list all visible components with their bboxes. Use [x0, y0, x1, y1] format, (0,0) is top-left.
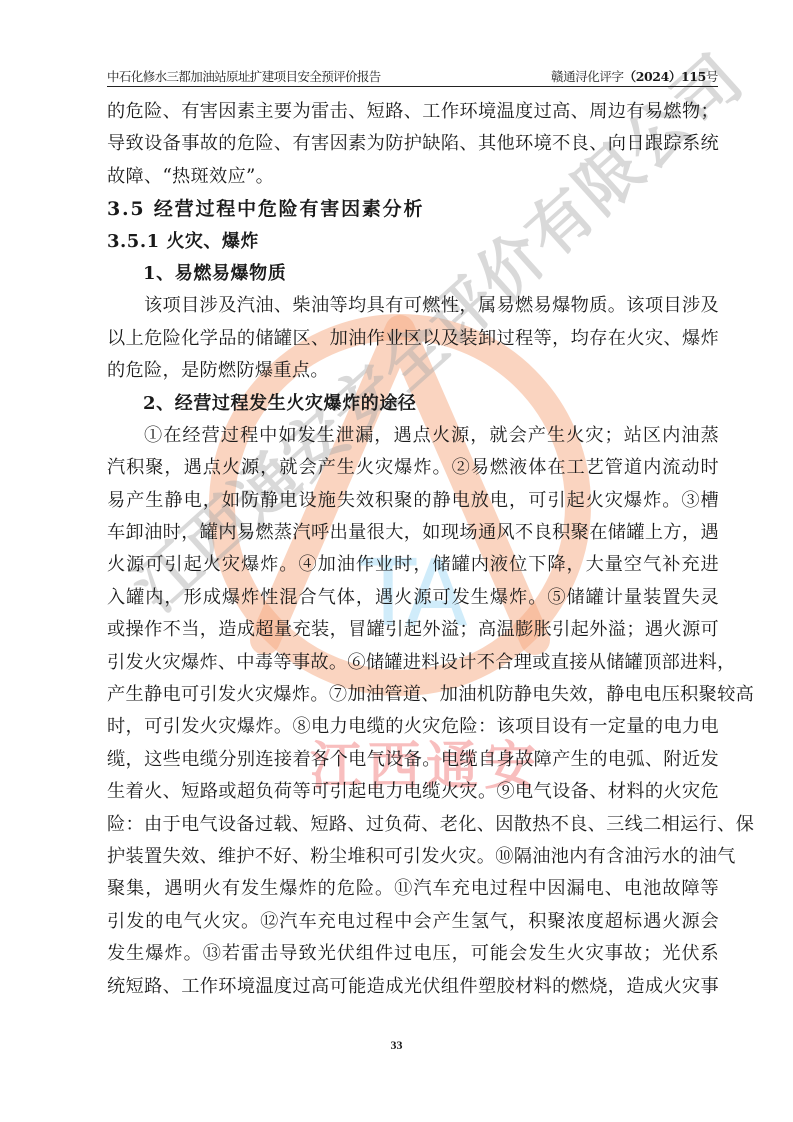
body-text-line: 导致设备事故的危险、有害因素为防护缺陷、其他环境不良、向日跟踪系统: [107, 128, 719, 160]
body-text-line: 的危险，是防燃防爆重点。: [107, 355, 719, 387]
body-text-line: 的危险、有害因素主要为雷击、短路、工作环境温度过高、周边有易燃物；: [107, 96, 719, 128]
body-text-line: 护装置失效、维护不好、粉尘堆积可引发火灾。⑩隔油池内有含油污水的油气: [107, 841, 719, 873]
body-text-line: 汽积聚，遇点火源，就会产生火灾爆炸。②易燃液体在工艺管道内流动时: [107, 452, 719, 484]
body-text-line: 入罐内，形成爆炸性混合气体，遇火源可发生爆炸。⑤储罐计量装置失灵: [107, 582, 719, 614]
body-text-line: 生着火、短路或超负荷等可引起电力电缆火灾。⑨电气设备、材料的火灾危: [107, 776, 719, 808]
document-body: 的危险、有害因素主要为雷击、短路、工作环境温度过高、周边有易燃物；导致设备事故的…: [107, 96, 719, 1003]
body-text-line: 险：由于电气设备过载、短路、过负荷、老化、因散热不良、三线二相运行、保: [107, 809, 719, 841]
body-text-line: 发生爆炸。⑬若雷击导致光伏组件过电压，可能会发生火灾事故；光伏系: [107, 938, 719, 970]
document-page: TA 江西通安安全评价有限公司 江西通安 中石化修水三都加油站原址扩建项目安全预…: [0, 0, 793, 1122]
item-heading: 2、经营过程发生火灾爆炸的途径: [107, 388, 719, 420]
body-text-line: 引发的电气火灾。⑫汽车充电过程中会产生氢气，积聚浓度超标遇火源会: [107, 906, 719, 938]
body-text-line: 火源可引起火灾爆炸。④加油作业时，储罐内液位下降，大量空气补充进: [107, 549, 719, 581]
paragraph-first-line: 该项目涉及汽油、柴油等均具有可燃性，属易燃易爆物质。该项目涉及: [107, 290, 719, 322]
report-number-suffix: 号: [706, 69, 718, 84]
paragraph-first-line: ①在经营过程中如发生泄漏，遇点火源，就会产生火灾；站区内油蒸: [107, 420, 719, 452]
body-text-line: 以上危险化学品的储罐区、加油作业区以及装卸过程等，均存在火灾、爆炸: [107, 323, 719, 355]
section-heading: 3.5 经营过程中危险有害因素分析: [107, 193, 719, 225]
item-heading: 1、易燃易爆物质: [107, 258, 719, 290]
body-text-line: 聚集，遇明火有发生爆炸的危险。⑪汽车充电过程中因漏电、电池故障等: [107, 873, 719, 905]
body-text-line: 引发火灾爆炸、中毒等事故。⑥储罐进料设计不合理或直接从储罐顶部进料，: [107, 647, 719, 679]
report-title: 中石化修水三都加油站原址扩建项目安全预评价报告: [107, 68, 381, 86]
body-text-line: 易产生静电，如防静电设施失效积聚的静电放电，可引起火灾爆炸。③槽: [107, 485, 719, 517]
report-number-prefix: 赣通浔化评字: [551, 69, 624, 84]
subsection-heading: 3.5.1 火灾、爆炸: [107, 226, 719, 258]
body-text-line: 车卸油时，罐内易燃蒸汽呼出量很大，如现场通风不良积聚在储罐上方，遇: [107, 517, 719, 549]
page-number: 33: [0, 1038, 793, 1053]
body-text-line: 故障、“热斑效应”。: [107, 161, 719, 193]
body-text-line: 缆，这些电缆分别连接着各个电气设备。电缆自身故障产生的电弧、附近发: [107, 744, 719, 776]
body-text-line: 或操作不当，造成超量充装，冒罐引起外溢；高温膨胀引起外溢；遇火源可: [107, 614, 719, 646]
report-number-year: （2024）115: [624, 69, 706, 84]
body-text-line: 统短路、工作环境温度过高可能造成光伏组件塑胶材料的燃烧，造成火灾事: [107, 971, 719, 1003]
report-number: 赣通浔化评字（2024）115号: [551, 68, 718, 86]
body-text-line: 产生静电可引发火灾爆炸。⑦加油管道、加油机防静电失效，静电电压积聚较高: [107, 679, 719, 711]
body-text-line: 时，可引发火灾爆炸。⑧电力电缆的火灾危险：该项目设有一定量的电力电: [107, 711, 719, 743]
page-header: 中石化修水三都加油站原址扩建项目安全预评价报告 赣通浔化评字（2024）115号: [107, 68, 718, 87]
